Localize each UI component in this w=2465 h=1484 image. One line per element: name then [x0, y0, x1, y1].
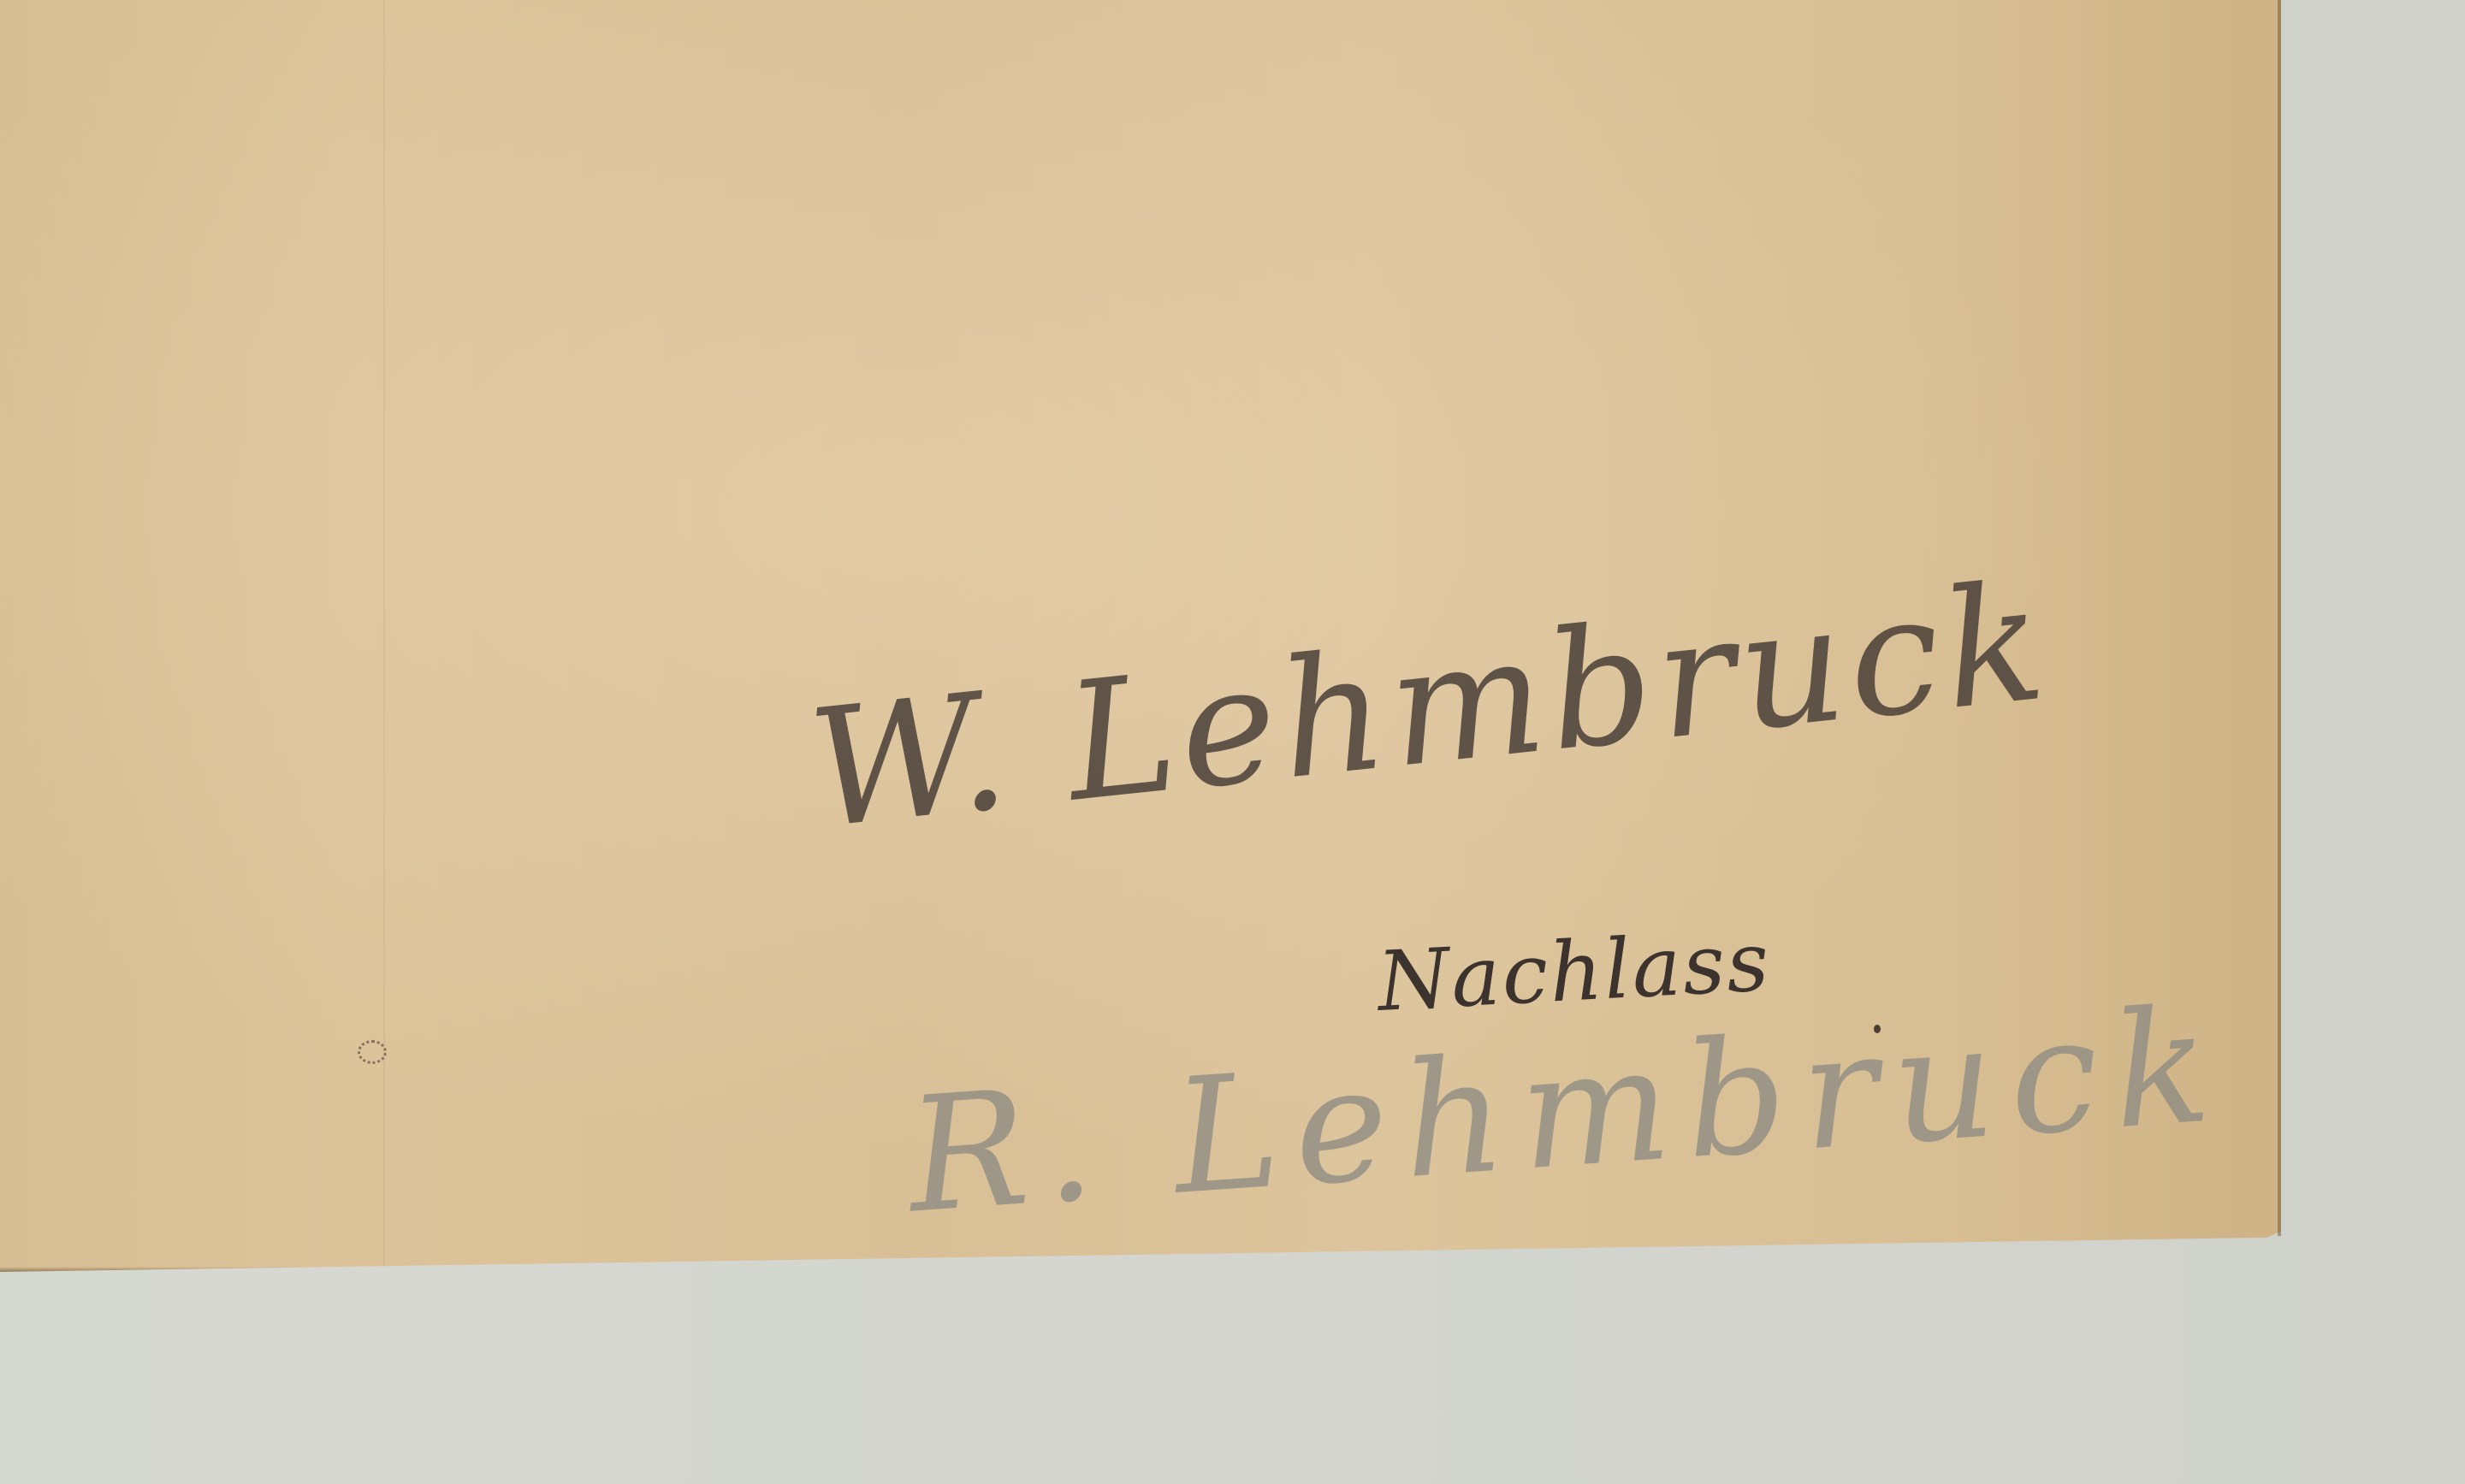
ink-signature: W. Lehmbruck	[802, 547, 2058, 865]
paper-right-edge	[2278, 0, 2281, 1236]
ink-dot-mark	[358, 1040, 387, 1064]
aged-paper-sheet: W. Lehmbruck Nachlass R. Lehmbruck	[0, 0, 2281, 1272]
